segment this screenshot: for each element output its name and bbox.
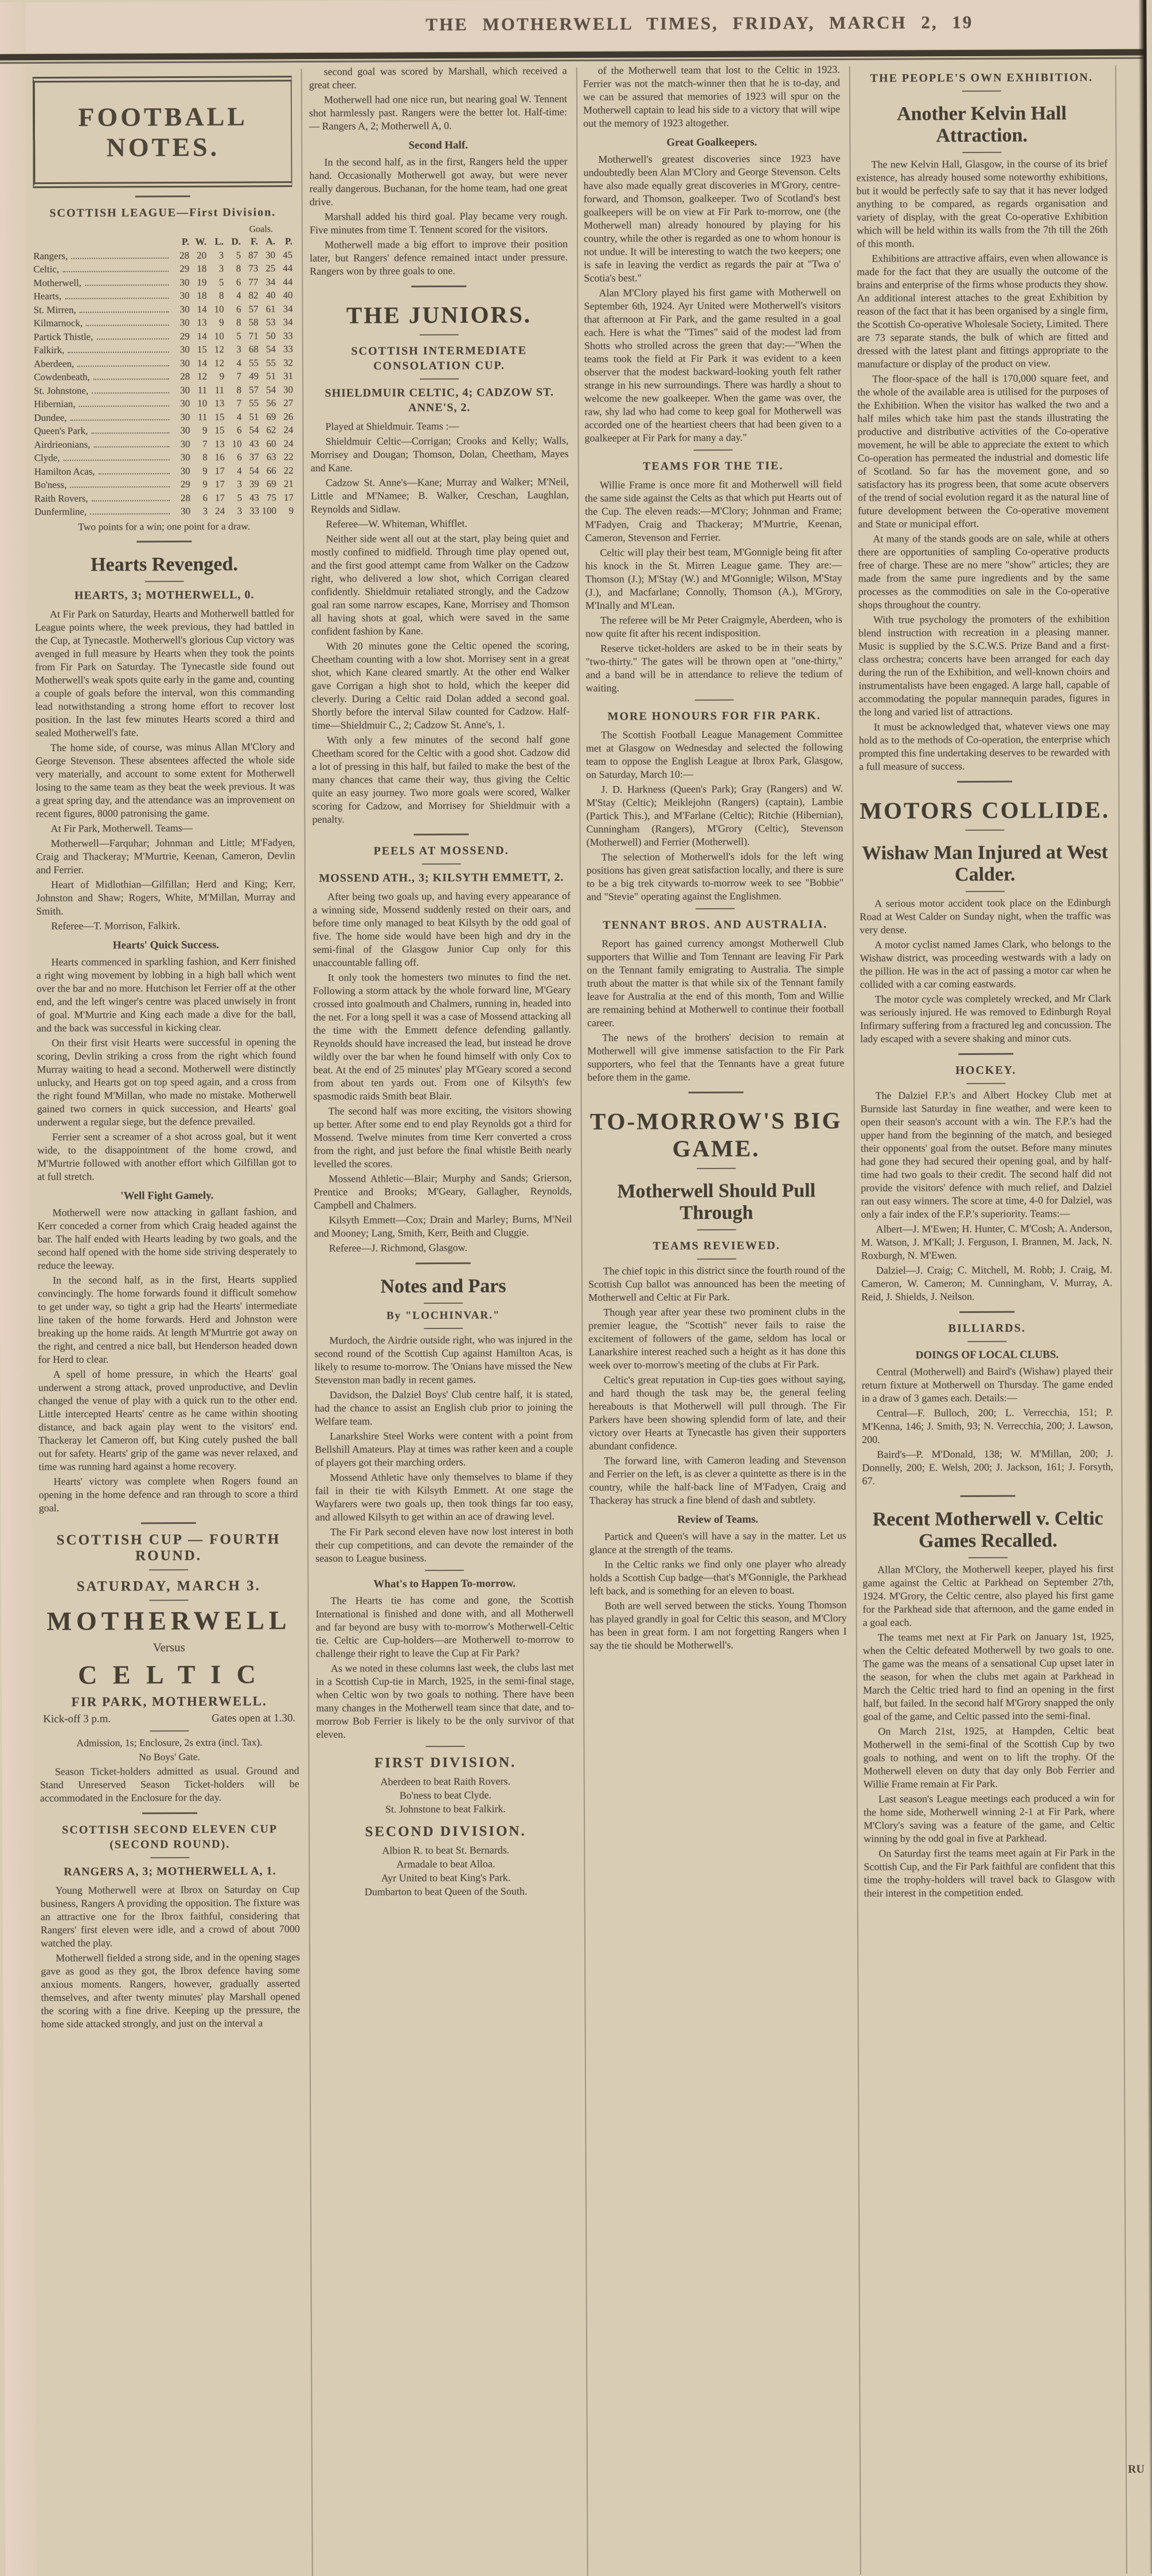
article-paragraph: of the Motherwell team that lost to the … <box>583 63 840 130</box>
divider-rule <box>689 1092 744 1093</box>
divider-rule <box>962 152 1001 153</box>
league-leader-dots <box>85 284 169 286</box>
league-value-cell: 30 <box>173 505 190 518</box>
league-value-cell: 9 <box>276 504 294 518</box>
league-value-cell: 14 <box>189 302 206 316</box>
article-paragraph: At many of the stands goods are on sale,… <box>858 531 1110 612</box>
divider-rule <box>966 830 1005 831</box>
divider-rule <box>697 1258 736 1260</box>
article-paragraph: Reserve ticket-holders are asked to be i… <box>585 641 842 695</box>
article-paragraph: The Fir Park second eleven have now lost… <box>315 1525 573 1565</box>
league-leader-dots <box>86 325 169 326</box>
league-value-cell: 11 <box>190 383 207 397</box>
league-header-cell: P. <box>172 235 189 249</box>
article-paragraph: Played at Shieldmuir. Teams :— <box>310 419 568 433</box>
divider-rule <box>141 1522 196 1523</box>
league-leader-dots <box>93 378 169 380</box>
fixture-prediction: Aberdeen to beat Raith Rovers. <box>317 1774 575 1789</box>
league-leader-dots <box>77 365 169 367</box>
league-value-cell: 3 <box>190 505 208 518</box>
league-value-cell: 5 <box>224 248 241 262</box>
match-ad-venue: FIR PARK, MOTHERWELL. <box>40 1694 299 1710</box>
match-ad-kickoff: Kick-off 3 p.m. <box>43 1713 111 1726</box>
league-value-cell: 55 <box>241 396 259 410</box>
score-line: HEARTS, 3; MOTHERWELL, 0. <box>35 587 294 603</box>
league-leader-dots <box>96 338 169 340</box>
article-paragraph: Last season's League meetings each produ… <box>864 1792 1115 1846</box>
league-value-cell: 24 <box>208 505 225 518</box>
league-team-name: St. Mirren, <box>33 303 76 316</box>
article-paragraph: Motherwell's greatest discoveries since … <box>583 152 841 285</box>
league-value-cell: 62 <box>259 423 276 437</box>
league-value-cell: 15 <box>207 424 224 437</box>
article-paragraph: It only took the homesters two minutes t… <box>313 970 572 1103</box>
league-value-cell: 6 <box>224 275 241 289</box>
league-value-cell: 4 <box>224 410 241 424</box>
league-value-cell: 4 <box>224 356 241 370</box>
league-value-cell: 54 <box>242 464 259 478</box>
article-paragraph: Celtic will play their best team, M'Gonn… <box>585 545 842 612</box>
section-heading: PEELS AT MOSSEND. <box>313 843 571 859</box>
league-value-cell: 9 <box>190 424 207 437</box>
league-value-cell: 22 <box>276 450 294 464</box>
scan-edge <box>1138 0 1152 2574</box>
league-value-cell: 69 <box>259 410 276 424</box>
match-ad-versus: Versus <box>40 1640 299 1655</box>
league-value-cell: 44 <box>275 261 292 275</box>
divider-rule <box>424 1303 463 1304</box>
league-value-cell: 15 <box>207 410 224 424</box>
league-value-cell: 25 <box>258 261 275 275</box>
score-line: MOSSEND ATH., 3; KILSYTH EMMETT, 2. <box>313 870 571 886</box>
score-line: SHIELDMUIR CELTIC, 4; CADZOW ST. ANNE'S,… <box>310 385 568 416</box>
table-row: Queen's Park,309156546224 <box>34 423 293 437</box>
fixture-prediction: Armadale to beat Alloa. <box>317 1856 575 1871</box>
article-paragraph: J. D. Harkness (Queen's Park); Gray (Ran… <box>586 782 843 849</box>
column-4: THE PEOPLE'S OWN EXHIBITION.Another Kelv… <box>856 62 1115 1902</box>
article-paragraph: Motherwell made a big effort to improve … <box>310 237 568 278</box>
league-value-cell: 40 <box>258 288 275 302</box>
masthead-title: THE MOTHERWELL TIMES, FRIDAY, MARCH 2, 1… <box>425 12 973 35</box>
league-value-cell: 30 <box>276 383 293 397</box>
table-row: Celtic,291838732544 <box>33 261 292 276</box>
section-heading: SCOTTISH SECOND ELEVEN CUP (SECOND ROUND… <box>40 1821 299 1852</box>
score-line: RANGERS A, 3; MOTHERWELL A, 1. <box>40 1863 299 1879</box>
fixture-prediction: St. Johnstone to beat Falkirk. <box>317 1801 575 1816</box>
divider-rule <box>150 1730 189 1731</box>
league-value-cell: 10 <box>206 302 224 316</box>
article-paragraph: At Fir Park on Saturday, Hearts and Moth… <box>35 607 295 740</box>
division-heading: SECOND DIVISION. <box>317 1823 575 1840</box>
article-subheadline: Hearts Revenged. <box>34 553 294 576</box>
league-team-name: Kilmarnock, <box>34 316 83 330</box>
article-paragraph: Both are well served between the sticks.… <box>589 1598 846 1652</box>
divider-rule <box>422 863 461 865</box>
divider-rule <box>149 1599 188 1600</box>
paragraph-subhead: Hearts' Quick Success. <box>36 939 295 952</box>
league-value-cell: 3 <box>206 262 224 276</box>
divider-rule <box>696 908 735 909</box>
league-value-cell: 30 <box>173 383 190 397</box>
league-leader-dots <box>99 473 170 475</box>
column-1: FOOTBALL NOTES.SCOTTISH LEAGUE—First Div… <box>33 75 300 2032</box>
league-header-cell: P. <box>275 234 292 248</box>
article-paragraph: Albert—J. M'Ewen; H. Hunter, C. M'Cosh; … <box>861 1222 1112 1262</box>
league-leader-dots <box>93 446 169 448</box>
article-paragraph: With only a few minutes of the second ha… <box>312 733 571 826</box>
note-line: Admission, 1s; Enclosure, 2s extra (incl… <box>40 1735 299 1749</box>
article-headline: TO-MORROW'S BIG GAME. <box>588 1107 845 1163</box>
league-value-cell: 40 <box>275 288 292 302</box>
divider-rule <box>969 1557 1007 1558</box>
article-paragraph: In the Celtic ranks we find only one pla… <box>589 1557 846 1598</box>
divider-rule <box>962 91 1001 92</box>
article-paragraph: The Hearts tie has come and gone, the Sc… <box>315 1593 573 1660</box>
divider-rule <box>136 540 192 542</box>
divider-rule <box>411 286 466 287</box>
league-value-cell: 45 <box>275 248 292 262</box>
league-value-cell: 30 <box>258 248 275 262</box>
league-value-cell: 12 <box>207 343 224 357</box>
league-value-cell: 4 <box>225 464 242 478</box>
article-paragraph: Mossend Athletic have only themselves to… <box>315 1470 573 1524</box>
article-subheadline: Another Kelvin Hall Attraction. <box>856 103 1107 147</box>
league-value-cell: 60 <box>259 437 276 451</box>
league-value-cell: 13 <box>208 437 225 451</box>
article-paragraph: Hearts commenced in sparkling fashion, a… <box>36 955 296 1035</box>
league-value-cell: 30 <box>173 437 190 451</box>
table-row: Raith Rovers,286175437517 <box>34 491 294 505</box>
table-row: Kilmarnock,301398585334 <box>34 315 293 330</box>
table-row: St. Johnstone,3011118575430 <box>34 383 293 397</box>
league-value-cell: 3 <box>225 478 242 491</box>
article-headline: THE JUNIORS. <box>310 300 568 329</box>
article-paragraph: With 20 minutes gone the Celtic opened t… <box>311 639 570 732</box>
league-header-row: P.W.L.D.F.A.P. <box>33 234 292 249</box>
article-paragraph: In the second half, as in the first, Ran… <box>309 155 567 209</box>
league-value-cell: 28 <box>173 370 190 384</box>
league-leader-dots <box>79 405 170 407</box>
page-left-margin <box>0 2 37 2576</box>
league-value-cell: 53 <box>259 315 276 329</box>
league-value-cell: 5 <box>224 329 241 343</box>
league-leader-dots <box>90 513 170 515</box>
league-value-cell: 3 <box>225 505 242 518</box>
article-paragraph: The forward line, with Cameron leading a… <box>589 1453 846 1507</box>
article-subheadline: Wishaw Man Injured at West Calder. <box>860 842 1111 886</box>
paragraph-subhead: Review of Teams. <box>589 1513 846 1527</box>
league-value-cell: 34 <box>276 315 293 329</box>
column-divider <box>1115 65 1127 2574</box>
league-value-cell: 29 <box>173 329 190 343</box>
section-heading: TEAMS REVIEWED. <box>588 1238 845 1254</box>
divider-rule <box>957 781 1012 783</box>
league-leader-dots <box>91 432 169 434</box>
article-paragraph: Mossend Athletic—Blair; Murphy and Sands… <box>314 1171 572 1212</box>
article-paragraph: The chief topic in this district since t… <box>588 1264 845 1304</box>
article-paragraph: On March 21st, 1925, at Hampden, Celtic … <box>863 1724 1114 1791</box>
divider-rule <box>414 834 469 835</box>
paragraph-subhead: 'Well Fight Gamely. <box>37 1189 296 1203</box>
division-heading: SCOTTISH CUP — FOURTH ROUND. <box>39 1531 298 1565</box>
article-paragraph: Alan M'Clory played his first game with … <box>584 286 841 445</box>
article-paragraph: Allan M'Clory, the Motherwell keeper, pl… <box>862 1562 1114 1629</box>
league-team-name: St. Johnstone, <box>34 384 88 397</box>
table-row: Motherwell,301956773444 <box>33 275 292 290</box>
article-paragraph: Neither side went all out at the start, … <box>311 531 569 638</box>
league-value-cell: 9 <box>190 464 208 478</box>
division-heading: SATURDAY, MARCH 3. <box>39 1578 298 1595</box>
table-row: Cowdenbeath,281297495131 <box>34 369 293 384</box>
league-value-cell: 30 <box>173 316 190 330</box>
league-value-cell: 30 <box>172 289 189 303</box>
league-leader-dots <box>70 486 170 488</box>
section-box-title: FOOTBALL NOTES. <box>33 76 292 188</box>
league-value-cell: 20 <box>189 248 206 262</box>
article-paragraph: Cadzow St. Anne's—Kane; Murray and Walke… <box>311 475 569 516</box>
divider-rule <box>142 1812 197 1813</box>
league-value-cell: 30 <box>173 410 190 424</box>
article-paragraph: second goal was scored by Marshall, whic… <box>309 64 567 92</box>
league-leader-dots <box>64 459 170 461</box>
league-value-cell: 8 <box>206 289 224 303</box>
article-subheadline: Motherwell Should Pull Through <box>588 1180 845 1225</box>
paragraph-subhead: Great Goalkeepers. <box>583 136 840 150</box>
article-paragraph: Central—F. Bulloch, 200; L. Verrecchia, … <box>862 1406 1113 1447</box>
article-paragraph: Davidson, the Dalziel Boys' Club centre … <box>315 1387 573 1428</box>
league-header-spacer <box>33 245 172 245</box>
note-line: Two points for a win; one point for a dr… <box>34 519 294 533</box>
league-value-cell: 28 <box>173 491 190 505</box>
table-row: Rangers,282035873045 <box>33 248 292 263</box>
article-paragraph: A spell of home pressure, in which the H… <box>38 1367 298 1473</box>
article-paragraph: At Fir Park, Motherwell. Teams— <box>36 821 295 835</box>
league-value-cell: 8 <box>224 316 241 330</box>
league-table: Goals.P.W.L.D.F.A.P.Rangers,282035873045… <box>33 224 294 518</box>
league-value-cell: 17 <box>208 478 225 491</box>
league-team-name: Falkirk, <box>34 343 64 357</box>
league-value-cell: 30 <box>173 464 190 478</box>
league-value-cell: 8 <box>190 451 208 464</box>
league-value-cell: 54 <box>259 342 276 356</box>
league-value-cell: 30 <box>172 275 189 289</box>
league-value-cell: 87 <box>241 248 258 262</box>
league-value-cell: 75 <box>259 491 276 505</box>
league-team-name: Celtic, <box>33 263 59 276</box>
divider-rule <box>694 449 733 451</box>
league-value-cell: 9 <box>207 370 224 384</box>
league-value-cell: 69 <box>259 477 276 491</box>
league-value-cell: 12 <box>190 370 207 384</box>
table-row: Bo'ness,299173396921 <box>34 477 294 491</box>
league-value-cell: 24 <box>276 437 294 451</box>
table-row: Airdrieonians,3071310436024 <box>34 437 294 451</box>
article-paragraph: Referee—W. Whiteman, Whifflet. <box>311 517 569 531</box>
column-2: second goal was scored by Marshall, whic… <box>309 64 575 1899</box>
article-paragraph: The home side, of course, was minus Alla… <box>36 740 295 820</box>
league-leader-dots <box>63 271 169 272</box>
league-value-cell: 54 <box>259 383 276 397</box>
table-row: Hibernian,3010137555627 <box>34 396 293 411</box>
league-value-cell: 43 <box>242 491 259 505</box>
league-value-cell: 34 <box>275 302 292 316</box>
section-heading: THE PEOPLE'S OWN EXHIBITION. <box>856 70 1107 86</box>
article-paragraph: Motherwell fielded a strong side, and in… <box>41 1950 300 2031</box>
article-paragraph: It must be acknowledged that, whatever v… <box>859 720 1110 773</box>
article-paragraph: Season Ticket-holders admitted as usual.… <box>40 1764 299 1805</box>
fixture-prediction: Albion R. to beat St. Bernards. <box>317 1843 575 1858</box>
league-value-cell: 57 <box>241 302 258 316</box>
section-heading: BILLIARDS. <box>861 1320 1112 1336</box>
article-paragraph: The second half was more exciting, the v… <box>314 1104 572 1171</box>
divider-rule <box>420 334 459 335</box>
league-value-cell: 55 <box>259 356 276 370</box>
article-paragraph: Lanarkshire Steel Works were content wit… <box>315 1429 573 1469</box>
divider-rule <box>135 196 190 197</box>
table-row: St. Mirren,3014106576134 <box>33 302 292 316</box>
league-value-cell: 66 <box>259 464 276 478</box>
article-paragraph: Motherwell were now attacking in gallant… <box>37 1205 296 1272</box>
league-value-cell: 58 <box>241 315 259 329</box>
article-paragraph: The floor-space of the hall is 170,000 s… <box>857 372 1109 531</box>
league-team-name: Airdrieonians, <box>34 437 91 451</box>
league-value-cell: 9 <box>207 316 224 330</box>
article-paragraph: The referee will be Mr Peter Craigmyle, … <box>585 613 842 640</box>
league-value-cell: 14 <box>190 356 207 370</box>
fixture-prediction: Dumbarton to beat Queen of the South. <box>317 1884 575 1899</box>
league-value-cell: 5 <box>206 275 224 289</box>
league-team-name: Motherwell, <box>33 276 81 290</box>
league-value-cell: 17 <box>208 464 225 478</box>
league-goals-label: Goals. <box>33 224 292 236</box>
league-value-cell: 6 <box>225 451 242 464</box>
divider-rule <box>959 1311 1014 1313</box>
league-value-cell: 28 <box>172 248 189 262</box>
article-paragraph: In the second half, as in the first, Hea… <box>38 1273 298 1366</box>
match-ad-team: MOTHERWELL <box>39 1605 298 1636</box>
league-value-cell: 33 <box>276 342 293 356</box>
article-paragraph: Willie Frame is once more fit and Mother… <box>585 478 842 545</box>
league-value-cell: 13 <box>190 316 207 330</box>
league-value-cell: 18 <box>189 289 206 303</box>
league-value-cell: 17 <box>208 491 225 505</box>
section-heading: TENNANT BROS. AND AUSTRALIA. <box>587 917 844 933</box>
league-value-cell: 68 <box>241 342 259 356</box>
match-ad-team: C E L T I C <box>40 1659 299 1690</box>
league-team-name: Rangers, <box>33 249 68 263</box>
article-paragraph: The selection of Motherwell's idols for … <box>587 850 844 904</box>
league-value-cell: 37 <box>242 450 259 464</box>
article-paragraph: As we noted in these columns last week, … <box>316 1661 575 1741</box>
league-value-cell: 51 <box>259 369 276 383</box>
league-value-cell: 14 <box>190 329 207 343</box>
league-header-cell: F. <box>241 234 258 248</box>
league-value-cell: 49 <box>241 369 259 383</box>
league-value-cell: 50 <box>259 329 276 343</box>
article-paragraph: On Saturday first the teams meet again a… <box>864 1846 1115 1900</box>
league-header-cell: D. <box>224 235 241 249</box>
league-leader-dots <box>80 311 169 313</box>
league-value-cell: 5 <box>225 491 242 505</box>
league-team-name: Dundee, <box>34 411 67 424</box>
article-paragraph: After being two goals up, and having eve… <box>313 889 571 970</box>
article-paragraph: The news of the brothers' decision to re… <box>587 1030 844 1084</box>
article-paragraph: Dalziel—J. Craig; C. Mitchell, M. Robb; … <box>861 1263 1112 1304</box>
league-leader-dots <box>92 392 169 394</box>
league-value-cell: 30 <box>173 397 190 411</box>
league-value-cell: 3 <box>224 343 241 357</box>
divider-rule <box>145 580 184 581</box>
league-team-name: Clyde, <box>34 451 60 465</box>
article-paragraph: Central (Motherwell) and Baird's (Wishaw… <box>862 1365 1113 1405</box>
divider-rule <box>695 699 734 701</box>
note-line: No Boys' Gate. <box>40 1750 299 1764</box>
section-heading: SCOTTISH LEAGUE—First Division. <box>33 205 292 221</box>
league-team-name: Raith Rovers, <box>34 491 88 505</box>
divider-rule <box>425 1746 464 1747</box>
fixture-prediction: Ayr United to beat King's Park. <box>317 1870 575 1885</box>
league-value-cell: 8 <box>224 262 241 276</box>
league-value-cell: 33 <box>242 504 259 518</box>
league-leader-dots <box>68 351 169 353</box>
league-value-cell: 56 <box>259 396 276 410</box>
league-leader-dots <box>71 257 169 259</box>
league-value-cell: 43 <box>242 437 259 451</box>
article-paragraph: The Dalziel F.P.'s and Albert Hockey Clu… <box>860 1088 1112 1221</box>
article-paragraph: Kilsyth Emmett—Cox; Drain and Marley; Bu… <box>314 1213 572 1240</box>
section-heading: TEAMS FOR THE TIE. <box>585 458 842 474</box>
league-value-cell: 30 <box>173 356 190 370</box>
divider-rule <box>958 1053 1013 1055</box>
league-header-cell: L. <box>206 235 224 249</box>
league-value-cell: 30 <box>173 343 190 357</box>
league-value-cell: 7 <box>224 397 241 411</box>
league-value-cell: 22 <box>276 464 294 478</box>
table-row: Clyde,308166376322 <box>34 450 294 464</box>
league-value-cell: 10 <box>190 397 207 411</box>
league-value-cell: 29 <box>172 262 189 276</box>
league-value-cell: 7 <box>190 437 208 451</box>
byline: By "LOCHINVAR." <box>314 1309 572 1323</box>
article-paragraph: A motor cyclist named James Clark, who b… <box>860 937 1111 991</box>
match-ad-gates: Gates open at 1.30. <box>212 1712 295 1725</box>
league-value-cell: 77 <box>241 275 258 289</box>
section-heading: SCOTTISH INTERMEDIATE CONSOLATION CUP. <box>310 343 568 374</box>
divider-rule <box>967 1341 1006 1342</box>
article-paragraph: Heart of Midlothian—Gilfillan; Herd and … <box>36 877 295 918</box>
league-value-cell: 30 <box>173 451 190 464</box>
league-value-cell: 100 <box>259 504 276 518</box>
article-paragraph: Motherwell—Farquhar; Johnman and Little;… <box>36 836 295 877</box>
article-paragraph: Celtic's great reputation in Cup-ties go… <box>589 1373 846 1453</box>
article-paragraph: The motor cycle was completely wrecked, … <box>860 992 1111 1046</box>
league-value-cell: 51 <box>241 410 259 424</box>
table-row: Hamilton Acas,309174546622 <box>34 464 294 478</box>
league-value-cell: 55 <box>241 356 259 370</box>
league-value-cell: 30 <box>173 424 190 437</box>
league-value-cell: 34 <box>258 275 275 289</box>
league-header-cell: W. <box>189 235 206 249</box>
article-paragraph: Motherwell had one nice run, but nearing… <box>309 92 567 133</box>
article-paragraph: Baird's—P. M'Donald, 138; W. M'Millan, 2… <box>862 1447 1113 1488</box>
league-value-cell: 10 <box>207 329 224 343</box>
league-value-cell: 11 <box>190 410 207 424</box>
divider-rule <box>416 1262 471 1264</box>
article-headline: MOTORS COLLIDE. <box>859 796 1110 824</box>
league-leader-dots <box>91 500 170 502</box>
divider-rule <box>149 1569 188 1570</box>
article-paragraph: With true psychology the promoters of th… <box>858 612 1110 719</box>
